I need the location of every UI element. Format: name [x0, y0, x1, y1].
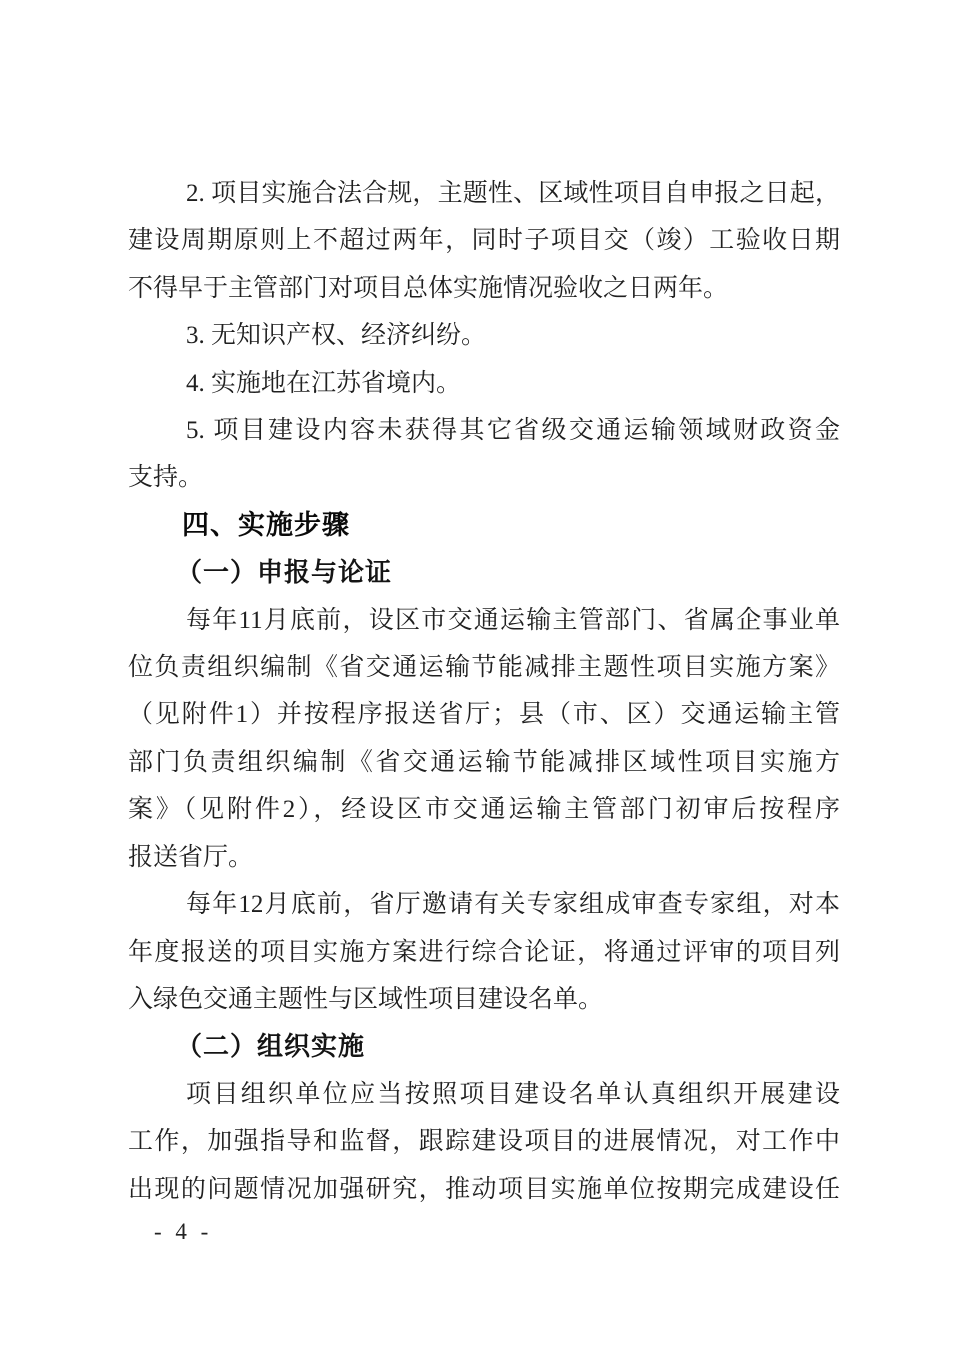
- paragraph-line: 工作，加强指导和监督，跟踪建设项目的进展情况，对工作中: [128, 1118, 840, 1165]
- paragraph-line: 位负责组织编制《省交通运输节能减排主题性项目实施方案》: [128, 644, 840, 691]
- page-number: - 4 -: [154, 1212, 212, 1252]
- document-body: 2. 项目实施合法合规，主题性、区域性项目自申报之日起， 建设周期原则上不超过两…: [128, 170, 840, 1213]
- section-heading-four: 四、实施步骤: [128, 502, 840, 549]
- paragraph-line: 项目组织单位应当按照项目建设名单认真组织开展建设: [128, 1071, 840, 1118]
- paragraph-line: 每年12月底前，省厅邀请有关专家组成审查专家组，对本: [128, 881, 840, 928]
- paragraph-line: 报送省厅。: [128, 834, 840, 881]
- list-item-3: 3. 无知识产权、经济纠纷。: [128, 312, 840, 359]
- subsection-heading-two: （二）组织实施: [128, 1023, 840, 1070]
- paragraph-line: 年度报送的项目实施方案进行综合论证，将通过评审的项目列: [128, 929, 840, 976]
- paragraph-line: 2. 项目实施合法合规，主题性、区域性项目自申报之日起，: [128, 170, 840, 217]
- paragraph-line: 建设周期原则上不超过两年，同时子项目交（竣）工验收日期: [128, 217, 840, 264]
- subsection-heading-one: （一）申报与论证: [128, 549, 840, 596]
- list-item-5: 5. 项目建设内容未获得其它省级交通运输领域财政资金: [128, 407, 840, 454]
- paragraph-line: 支持。: [128, 454, 840, 501]
- paragraph-line: 每年11月底前，设区市交通运输主管部门、省属企事业单: [128, 597, 840, 644]
- paragraph-line: 不得早于主管部门对项目总体实施情况验收之日两年。: [128, 265, 840, 312]
- paragraph-line: 部门负责组织编制《省交通运输节能减排区域性项目实施方: [128, 739, 840, 786]
- paragraph-line: （见附件1）并按程序报送省厅；县（市、区）交通运输主管: [128, 691, 840, 738]
- paragraph-line: 案》（见附件2），经设区市交通运输主管部门初审后按程序: [128, 786, 840, 833]
- list-item-4: 4. 实施地在江苏省境内。: [128, 360, 840, 407]
- document-page: 2. 项目实施合法合规，主题性、区域性项目自申报之日起， 建设周期原则上不超过两…: [0, 0, 962, 1359]
- paragraph-line: 出现的问题情况加强研究，推动项目实施单位按期完成建设任: [128, 1166, 840, 1213]
- paragraph-line: 入绿色交通主题性与区域性项目建设名单。: [128, 976, 840, 1023]
